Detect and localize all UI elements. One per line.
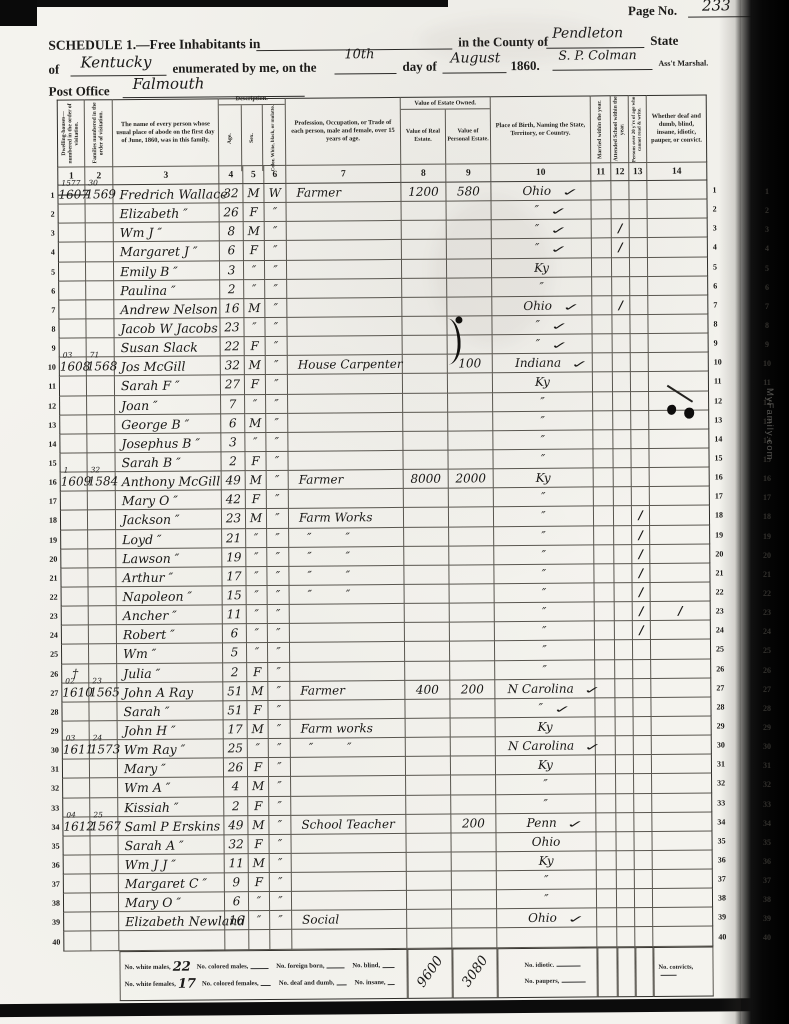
married-cell xyxy=(596,794,616,813)
cannot-read-cell xyxy=(634,717,652,736)
real-estate-cell xyxy=(406,776,451,795)
sex-cell: M xyxy=(245,414,266,433)
occupation-cell xyxy=(288,374,403,394)
real-estate-cell xyxy=(404,489,449,508)
header-value-group: Value of Estate Owned. Value of Real Est… xyxy=(401,96,492,165)
remarks-cell xyxy=(653,889,713,909)
age-cell: 23 xyxy=(220,318,244,337)
occupation-cell xyxy=(291,795,406,815)
married-cell xyxy=(592,296,612,315)
row-number-left: 17 xyxy=(48,492,60,511)
age-cell: 8 xyxy=(220,222,244,241)
school-cell xyxy=(614,526,632,545)
dwelling-number-cell xyxy=(58,243,86,262)
watermark-text: MyFamily.com xyxy=(764,388,775,461)
remarks-cell xyxy=(652,793,712,813)
occupation-cell xyxy=(288,413,403,433)
cannot-read-cell xyxy=(635,927,653,946)
school-cell xyxy=(612,258,630,277)
row-number-left: 33 xyxy=(50,798,62,817)
married-cell xyxy=(592,258,612,277)
cannot-read-cell: ∕ xyxy=(633,602,651,621)
school-cell xyxy=(616,832,634,851)
remarks-cell xyxy=(652,774,712,794)
summary-line-1: No. white males, 22 No. colored males, N… xyxy=(124,961,402,971)
state-value: Kentucky xyxy=(80,53,151,72)
school-cell xyxy=(617,889,635,908)
age-cell: 16 xyxy=(220,299,244,318)
occupation-cell xyxy=(292,872,407,892)
ghost-row-number: 27 xyxy=(763,685,771,704)
real-estate-cell xyxy=(405,699,450,718)
remarks-cell xyxy=(650,525,710,545)
scan-edge-bottom xyxy=(0,998,762,1017)
personal-estate-cell xyxy=(450,603,495,622)
color-cell: ″ xyxy=(269,720,291,739)
cannot-read-cell xyxy=(630,277,648,296)
dwelling-number-cell xyxy=(60,530,88,549)
married-cell xyxy=(592,277,612,296)
color-cell: ″ xyxy=(266,452,288,471)
ghost-row-number: 38 xyxy=(763,895,771,914)
real-estate-cell xyxy=(407,929,452,948)
personal-estate-cell xyxy=(451,776,496,795)
color-cell: ″ xyxy=(265,222,287,241)
remarks-cell xyxy=(651,678,711,698)
schedule-title: SCHEDULE 1.—Free Inhabitants in xyxy=(48,36,260,54)
cannot-read-cell xyxy=(630,200,648,219)
occupation-cell: ″ ″ xyxy=(290,585,405,605)
remarks-cell xyxy=(652,736,712,756)
census-page-scan: Page No. 233 SCHEDULE 1.—Free Inhabitant… xyxy=(0,0,789,1024)
ghost-row-number: 32 xyxy=(763,780,771,799)
color-cell: ″ xyxy=(269,739,291,758)
personal-estate-cell xyxy=(450,699,495,718)
row-number-left: 30 xyxy=(50,741,62,760)
married-cell xyxy=(593,373,613,392)
color-cell: ″ xyxy=(267,528,289,547)
scan-edge-right: 1234567891011121314151617181920212223242… xyxy=(735,0,789,1024)
row-number-left: 8 xyxy=(46,320,58,339)
real-estate-cell xyxy=(403,355,448,374)
school-cell xyxy=(614,545,632,564)
col-number: 13 xyxy=(629,163,647,181)
family-number-cell xyxy=(86,319,114,338)
ghost-row-number: 10 xyxy=(763,359,771,378)
married-cell xyxy=(592,315,612,334)
ghost-row-number: 28 xyxy=(763,704,771,723)
cannot-read-cell xyxy=(633,660,651,679)
married-cell xyxy=(592,200,612,219)
married-cell xyxy=(595,660,615,679)
cannot-read-cell xyxy=(630,258,648,277)
color-cell: ″ xyxy=(268,681,290,700)
sex-cell: ″ xyxy=(244,261,265,280)
name-cell: Lawson ″ xyxy=(116,548,222,568)
family-number-cell: 711568 xyxy=(87,357,115,376)
cannot-read-cell xyxy=(632,468,650,487)
occupation-cell xyxy=(287,259,402,279)
occupation-cell: Farm works xyxy=(291,719,406,739)
white-males-label: No. white males, xyxy=(124,964,170,971)
personal-estate-cell xyxy=(450,661,495,680)
header-birthplace: Place of Birth, Naming the State, Territ… xyxy=(491,95,592,164)
cannot-read-cell xyxy=(633,698,651,717)
remarks-cell xyxy=(650,468,710,488)
color-cell: ″ xyxy=(266,433,288,452)
school-cell xyxy=(615,660,633,679)
header-color: Color, White, black, or mulatto. xyxy=(263,105,286,171)
birthplace-cell: ″ xyxy=(495,622,595,642)
birthplace-cell: Ky xyxy=(493,373,593,393)
name-cell: Ancher ″ xyxy=(117,605,223,625)
cannot-read-cell xyxy=(631,411,649,430)
cannot-read-cell xyxy=(635,851,653,870)
real-estate-cell xyxy=(404,565,449,584)
school-cell xyxy=(617,851,635,870)
cannot-read-cell xyxy=(631,430,649,449)
name-cell: Kissiah ″ xyxy=(118,797,224,817)
remarks-cell xyxy=(648,315,708,335)
header-birthplace-text: Place of Birth, Naming the State, Territ… xyxy=(494,121,587,138)
dwelling-number-cell xyxy=(62,760,90,779)
name-cell: Elizabeth Newland xyxy=(119,912,225,932)
color-cell: ″ xyxy=(268,605,290,624)
family-number-cell xyxy=(87,415,115,434)
sex-cell: ″ xyxy=(247,586,268,605)
row-number-left: 38 xyxy=(51,894,63,913)
dwelling-number-cell: 031608 xyxy=(59,358,87,377)
header-personal-estate-text: Value of Personal Estate. xyxy=(446,128,490,144)
dwelling-number-cell: 041612 xyxy=(62,817,90,836)
family-number-cell xyxy=(91,913,119,932)
occupation-cell xyxy=(291,776,406,796)
col-number: 6 xyxy=(264,166,286,184)
cannot-read-cell: ∕ xyxy=(632,545,650,564)
dwelling-number-cell xyxy=(61,645,89,664)
real-estate-cell xyxy=(405,642,450,661)
header-family-text: Families numbered in the order of visita… xyxy=(92,100,105,166)
birthplace-cell: Indiana✓ xyxy=(493,354,593,374)
name-cell: Julia ″ xyxy=(117,663,223,683)
name-cell: Sarah F ″ xyxy=(115,376,221,396)
cannot-read-cell xyxy=(633,640,651,659)
remarks-cell xyxy=(649,429,709,449)
occupation-cell: Farmer xyxy=(290,681,405,701)
family-number-cell xyxy=(86,204,114,223)
name-cell: Elizabeth ″ xyxy=(114,204,220,224)
occupation-cell xyxy=(290,661,405,681)
real-estate-cell xyxy=(403,393,448,412)
married-cell xyxy=(591,181,611,200)
married-cell xyxy=(593,354,613,373)
cannot-read-cell xyxy=(634,755,652,774)
sex-cell: ″ xyxy=(247,643,268,662)
school-cell xyxy=(616,736,634,755)
dwelling-number-cell xyxy=(61,606,89,625)
header-real-estate-text: Value of Real Estate. xyxy=(401,129,445,145)
real-estate-cell xyxy=(407,910,452,929)
row-number-left: 4 xyxy=(46,243,58,262)
occupation-cell xyxy=(290,623,405,643)
personal-estate-cell xyxy=(452,852,497,871)
real-estate-cell xyxy=(405,604,450,623)
ghost-row-number: 24 xyxy=(763,627,771,646)
name-cell: Wm A ″ xyxy=(118,778,224,798)
occupation-cell xyxy=(288,432,403,452)
age-cell: 26 xyxy=(220,203,244,222)
age-cell: 5 xyxy=(223,644,247,663)
name-cell: Sarah A ″ xyxy=(118,835,224,855)
ghost-row-number: 1 xyxy=(763,187,771,206)
col-number: 3 xyxy=(113,166,219,185)
ghost-row-number: 19 xyxy=(763,532,771,551)
ghost-row-number: 37 xyxy=(763,876,771,895)
occupation-cell xyxy=(290,700,405,720)
white-females-label: No. white females, xyxy=(125,981,176,988)
real-estate-cell xyxy=(406,814,451,833)
sex-cell: M xyxy=(244,299,265,318)
personal-estate-cell xyxy=(452,871,497,890)
deaf-dumb-label: No. deaf and dumb, xyxy=(279,980,335,987)
occupation-cell xyxy=(292,929,407,949)
family-number-cell xyxy=(91,874,119,893)
name-cell: Joan ″ xyxy=(115,395,221,415)
row-number-left: 9 xyxy=(47,339,59,358)
cannot-read-cell xyxy=(632,487,650,506)
row-number-left: 7 xyxy=(46,300,58,319)
dwelling-number-cell xyxy=(62,836,90,855)
remarks-cell xyxy=(649,353,709,373)
ghost-row-number: 18 xyxy=(763,512,771,531)
col-number: 4 xyxy=(219,166,243,184)
real-estate-cell xyxy=(407,891,452,910)
header-dwelling: Dwelling-houses— numbered in the order o… xyxy=(57,99,86,167)
footer-convicts-box: No. convicts, xyxy=(653,946,713,996)
real-estate-cell xyxy=(404,508,449,527)
header-age-text: Age. xyxy=(227,133,234,144)
family-number-cell xyxy=(89,625,117,644)
ghost-row-number: 22 xyxy=(763,589,771,608)
name-cell: Paulina ″ xyxy=(114,280,220,300)
real-estate-cell: 8000 xyxy=(404,470,449,489)
ghost-row-number: 6 xyxy=(763,283,771,302)
personal-estate-cell xyxy=(448,374,493,393)
white-females-value: 17 xyxy=(178,981,196,989)
ghost-row-number: 2 xyxy=(763,206,771,225)
ghost-row-number: 35 xyxy=(763,838,771,857)
ghost-row-number: 33 xyxy=(763,800,771,819)
day-value: 10th xyxy=(344,47,374,62)
family-number-cell xyxy=(89,587,117,606)
convicts-label: No. convicts, xyxy=(659,963,694,970)
personal-estate-cell xyxy=(449,488,494,507)
real-estate-cell xyxy=(405,585,450,604)
married-cell xyxy=(593,430,613,449)
family-number-cell xyxy=(88,511,116,530)
cannot-read-cell: ∕ xyxy=(632,564,650,583)
ghost-row-number: 40 xyxy=(763,933,771,952)
color-cell: ″ xyxy=(269,777,291,796)
occupation-cell xyxy=(288,336,403,356)
name-cell: Josephus B ″ xyxy=(115,433,221,453)
cannot-read-cell xyxy=(634,793,652,812)
name-cell: Saml P Erskins xyxy=(118,816,224,836)
family-number-cell xyxy=(86,262,114,281)
row-number-left: 12 xyxy=(47,396,59,415)
family-number-cell xyxy=(87,434,115,453)
family-number-cell xyxy=(90,759,118,778)
age-cell: 49 xyxy=(222,471,246,490)
ghost-row-number: 26 xyxy=(763,666,771,685)
age-cell: 51 xyxy=(223,682,247,701)
ghost-row-number: 17 xyxy=(763,493,771,512)
married-cell xyxy=(595,583,615,602)
school-cell xyxy=(615,621,633,640)
birthplace-cell: ″ xyxy=(497,870,597,890)
sex-cell: ″ xyxy=(246,529,267,548)
age-cell: 21 xyxy=(222,529,246,548)
color-cell: ″ xyxy=(266,414,288,433)
remarks-cell xyxy=(650,487,710,507)
header-cannot-read: Persons over 20 y'rs of age who cannot r… xyxy=(629,95,648,163)
age-cell: 6 xyxy=(225,892,249,911)
name-cell: Mary O ″ xyxy=(119,893,225,913)
age-cell: 19 xyxy=(222,548,246,567)
footer-empty-cell xyxy=(635,947,653,997)
real-estate-cell xyxy=(404,546,449,565)
occupation-cell xyxy=(292,853,407,873)
sex-cell: F xyxy=(246,490,267,509)
birthplace-cell: ″ xyxy=(495,583,595,603)
row-number-left: 18 xyxy=(48,511,60,530)
dwelling-number-cell xyxy=(60,549,88,568)
color-cell: ″ xyxy=(266,356,288,375)
birthplace-cell: Ky xyxy=(496,756,596,776)
school-cell xyxy=(615,583,633,602)
sex-cell: M xyxy=(244,222,265,241)
color-cell: ″ xyxy=(269,835,291,854)
married-cell xyxy=(595,641,615,660)
sex-cell: F xyxy=(245,337,266,356)
remarks-cell xyxy=(651,659,711,679)
birthplace-cell: ″ xyxy=(493,392,593,412)
ghost-row-number: 3 xyxy=(763,225,771,244)
name-cell: Emily B ″ xyxy=(114,261,220,281)
family-number-cell xyxy=(86,300,114,319)
occupation-cell xyxy=(290,642,405,662)
sex-cell: F xyxy=(247,663,268,682)
cannot-read-cell xyxy=(631,449,649,468)
school-cell xyxy=(616,774,634,793)
age-cell: 7 xyxy=(221,395,245,414)
remarks-cell xyxy=(652,812,712,832)
sex-cell: M xyxy=(249,854,270,873)
name-cell xyxy=(119,931,225,951)
age-cell: 42 xyxy=(222,490,246,509)
real-estate-cell xyxy=(402,317,447,336)
white-males-value: 22 xyxy=(173,964,191,972)
married-cell xyxy=(596,813,616,832)
row-number-left: 2 xyxy=(46,205,58,224)
ghost-row-number: 30 xyxy=(763,742,771,761)
age-cell: 22 xyxy=(221,337,245,356)
cannot-read-cell xyxy=(634,832,652,851)
personal-estate-cell xyxy=(451,737,496,756)
footer-empty-cell xyxy=(597,947,617,997)
cannot-read-cell xyxy=(635,908,653,927)
married-cell xyxy=(594,526,614,545)
family-number-cell xyxy=(90,779,118,798)
color-cell: ″ xyxy=(267,509,289,528)
name-cell: Napoleon ″ xyxy=(117,586,223,606)
ghost-row-number: 36 xyxy=(763,857,771,876)
idiotic-label-text: No. idiotic. xyxy=(524,961,554,968)
post-office-label: Post Office xyxy=(49,83,110,99)
school-cell xyxy=(613,373,631,392)
occupation-cell: Social xyxy=(292,910,407,930)
age-cell: 16 xyxy=(225,911,249,930)
married-cell xyxy=(596,755,616,774)
name-cell: Andrew Nelson xyxy=(114,299,220,319)
col-number: 11 xyxy=(591,163,611,181)
dwelling-number-cell xyxy=(63,855,91,874)
cannot-read-cell xyxy=(635,889,653,908)
sex-cell: F xyxy=(244,203,265,222)
age-cell: 2 xyxy=(223,663,247,682)
age-cell xyxy=(225,931,249,950)
personal-estate-cell xyxy=(452,890,497,909)
color-cell: ″ xyxy=(268,701,290,720)
real-estate-cell xyxy=(406,757,451,776)
birthplace-cell: ″ xyxy=(495,660,595,680)
real-estate-cell xyxy=(402,202,447,221)
occupation-cell: ″ ″ xyxy=(289,566,404,586)
age-cell: 11 xyxy=(223,605,247,624)
birthplace-cell: Ky xyxy=(496,717,596,737)
family-number-cell: 251567 xyxy=(90,817,118,836)
age-cell: 6 xyxy=(223,624,247,643)
ghost-row-number: 9 xyxy=(763,340,771,359)
real-estate-cell xyxy=(406,738,451,757)
dwelling-number-cell xyxy=(58,224,86,243)
cannot-read-cell xyxy=(629,181,647,200)
name-cell: Wm ″ xyxy=(117,644,223,664)
school-cell xyxy=(615,679,633,698)
row-number-left: 26 xyxy=(49,664,61,683)
remarks-cell xyxy=(651,621,711,641)
row-number-left: 27 xyxy=(49,683,61,702)
page-number-label: Page No. xyxy=(628,3,677,19)
real-estate-cell xyxy=(403,431,448,450)
remarks-cell xyxy=(649,448,709,468)
ghost-row-number: 21 xyxy=(763,570,771,589)
row-number-left: 21 xyxy=(48,568,60,587)
header-sex-text: Sex. xyxy=(249,133,255,143)
family-number-cell xyxy=(86,223,114,242)
header-real-estate: Value of Real Estate. xyxy=(401,110,446,164)
color-cell: ″ xyxy=(265,203,287,222)
family-number-cell xyxy=(88,549,116,568)
family-number-cell: 321584 xyxy=(88,472,116,491)
age-cell: 51 xyxy=(223,701,247,720)
family-number-cell xyxy=(90,836,118,855)
school-cell xyxy=(613,392,631,411)
name-cell: Anthony McGill xyxy=(116,471,222,491)
sex-cell: M xyxy=(245,356,266,375)
personal-estate-total: 3080 xyxy=(456,949,494,993)
birthplace-cell: Ohio xyxy=(496,832,596,852)
